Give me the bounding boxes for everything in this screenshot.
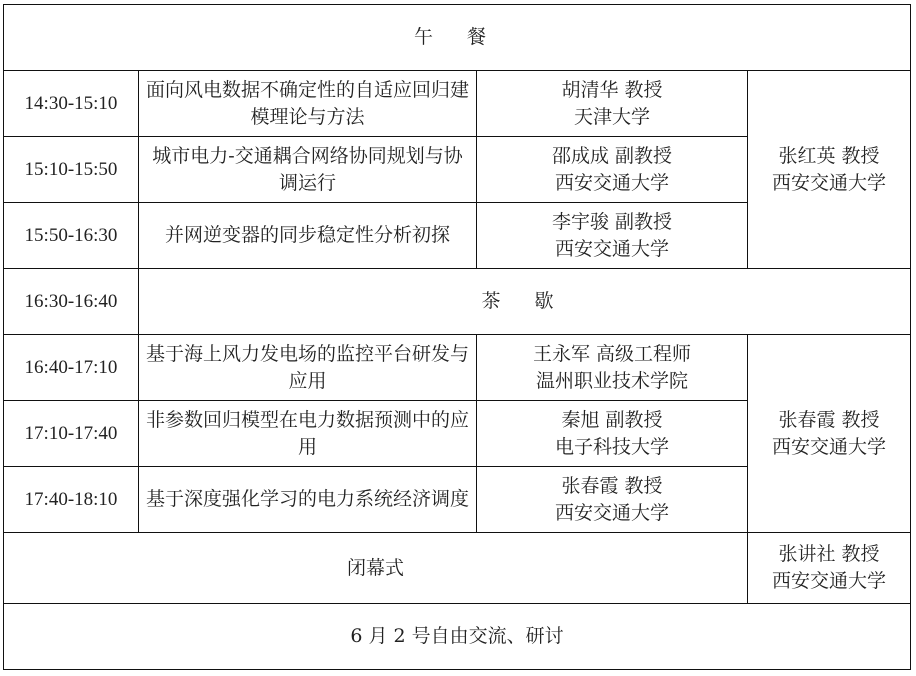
talk-title: 城市电力-交通耦合网络协同规划与协调运行 (139, 137, 477, 203)
talk-speaker: 秦旭 副教授电子科技大学 (477, 401, 748, 467)
speaker-name: 胡清华 教授 (483, 77, 741, 104)
talk-time: 15:10-15:50 (4, 137, 139, 203)
talk-time: 16:40-17:10 (4, 335, 139, 401)
talk-speaker: 胡清华 教授天津大学 (477, 71, 748, 137)
talk-title: 基于深度强化学习的电力系统经济调度 (139, 467, 477, 533)
lunch-row: 午 餐 (4, 5, 911, 71)
speaker-org: 西安交通大学 (483, 500, 741, 527)
talk-row: 16:40-17:10 基于海上风力发电场的监控平台研发与应用 王永军 高级工程… (4, 335, 911, 401)
speaker-name: 秦旭 副教授 (483, 407, 741, 434)
speaker-org: 天津大学 (483, 104, 741, 131)
tea-break-row: 16:30-16:40 茶 歇 (4, 269, 911, 335)
chair-name: 张讲社 教授 (754, 541, 904, 568)
talk-speaker: 邵成成 副教授西安交通大学 (477, 137, 748, 203)
talk-time: 17:10-17:40 (4, 401, 139, 467)
talk-speaker: 王永军 高级工程师温州职业技术学院 (477, 335, 748, 401)
lunch-label: 午 餐 (414, 26, 500, 48)
speaker-org: 电子科技大学 (483, 434, 741, 461)
lunch-cell: 午 餐 (4, 5, 911, 71)
session-chair: 张春霞 教授西安交通大学 (748, 335, 911, 533)
speaker-name: 李宇骏 副教授 (483, 209, 741, 236)
session-chair: 张红英 教授西安交通大学 (748, 71, 911, 269)
talk-title: 并网逆变器的同步稳定性分析初探 (139, 203, 477, 269)
june2-label: 6 月 2 号自由交流、研讨 (4, 604, 911, 670)
talk-title: 非参数回归模型在电力数据预测中的应用 (139, 401, 477, 467)
speaker-org: 西安交通大学 (483, 236, 741, 263)
talk-row: 14:30-15:10 面向风电数据不确定性的自适应回归建模理论与方法 胡清华 … (4, 71, 911, 137)
talk-title: 面向风电数据不确定性的自适应回归建模理论与方法 (139, 71, 477, 137)
talk-speaker: 李宇骏 副教授西安交通大学 (477, 203, 748, 269)
tea-break-cell: 茶 歇 (139, 269, 911, 335)
closing-row: 闭幕式 张讲社 教授西安交通大学 (4, 533, 911, 604)
talk-time: 15:50-16:30 (4, 203, 139, 269)
talk-title: 基于海上风力发电场的监控平台研发与应用 (139, 335, 477, 401)
chair-name: 张春霞 教授 (754, 407, 904, 434)
june2-row: 6 月 2 号自由交流、研讨 (4, 604, 911, 670)
talk-speaker: 张春霞 教授西安交通大学 (477, 467, 748, 533)
chair-org: 西安交通大学 (754, 170, 904, 197)
speaker-name: 邵成成 副教授 (483, 143, 741, 170)
talk-time: 14:30-15:10 (4, 71, 139, 137)
chair-org: 西安交通大学 (754, 434, 904, 461)
chair-org: 西安交通大学 (754, 568, 904, 595)
speaker-name: 张春霞 教授 (483, 473, 741, 500)
talk-time: 17:40-18:10 (4, 467, 139, 533)
speaker-org: 温州职业技术学院 (483, 368, 741, 395)
closing-chair: 张讲社 教授西安交通大学 (748, 533, 911, 604)
tea-break-label: 茶 歇 (482, 290, 568, 312)
speaker-org: 西安交通大学 (483, 170, 741, 197)
conference-schedule-table: 午 餐 14:30-15:10 面向风电数据不确定性的自适应回归建模理论与方法 … (3, 4, 911, 670)
tea-break-time: 16:30-16:40 (4, 269, 139, 335)
closing-label: 闭幕式 (4, 533, 748, 604)
chair-name: 张红英 教授 (754, 143, 904, 170)
speaker-name: 王永军 高级工程师 (483, 341, 741, 368)
